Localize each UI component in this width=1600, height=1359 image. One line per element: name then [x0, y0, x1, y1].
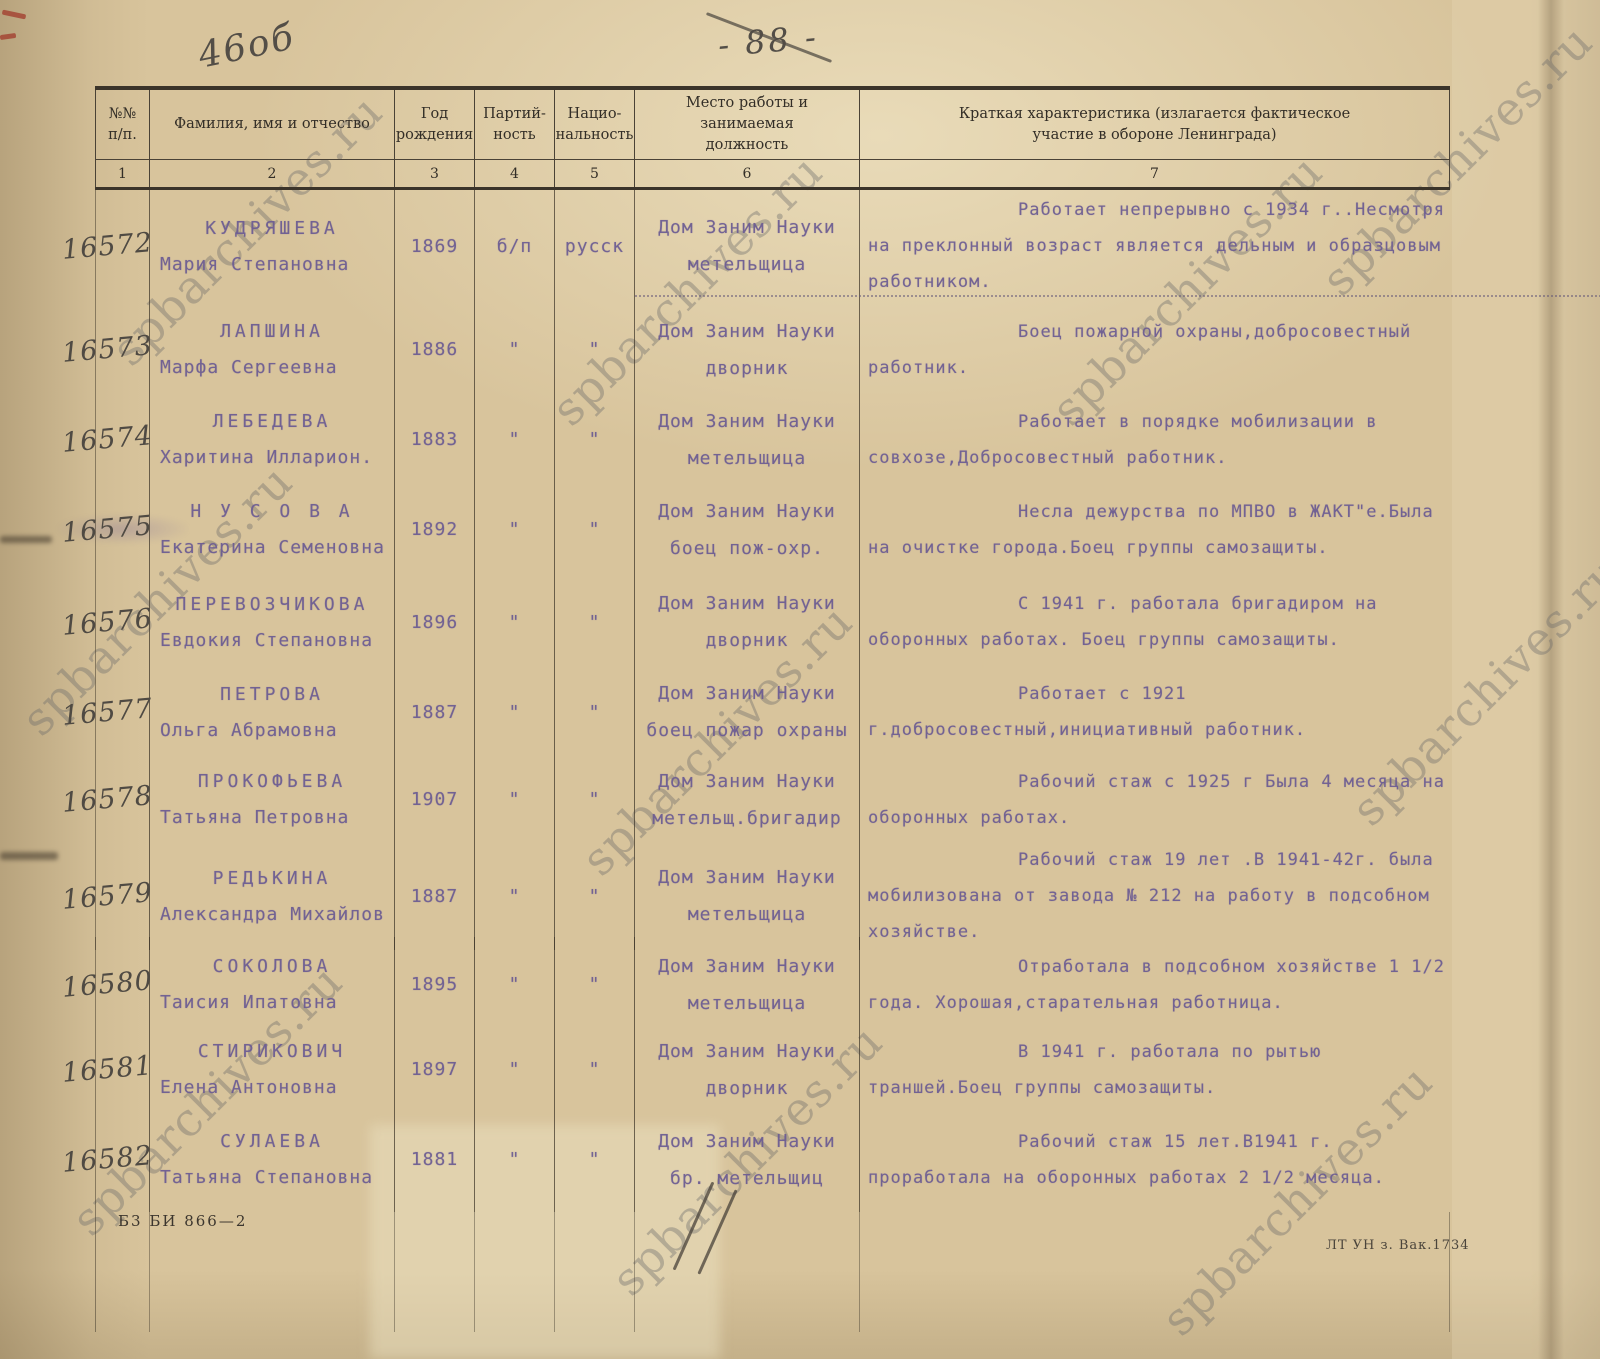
workplace: Дом Заним Науки [635, 867, 859, 888]
birth-year: 1892 [395, 482, 475, 577]
table-rule-continuation [95, 1212, 1450, 1332]
record-number: 16578 [61, 780, 154, 819]
characteristic: С 1941 г. работала бригадиром на оборонн… [860, 586, 1450, 658]
column-number-row: 1 2 3 4 5 6 7 [95, 160, 1450, 190]
party-membership: " [475, 1107, 555, 1212]
workplace: Дом Заним Науки [635, 771, 859, 792]
given-name: Евдокия Степановна [154, 630, 390, 651]
workplace: Дом Заним Науки [635, 1131, 859, 1152]
table-row: 16582 СУЛАЕВАТатьяна Степановна 1881 " "… [95, 1107, 1450, 1212]
position: дворник [635, 358, 859, 379]
nationality: " [555, 397, 635, 482]
table-row: 16572 КУДРЯШЕВАМария Степановна 1869 б/п… [95, 190, 1450, 302]
party-membership: " [475, 482, 555, 577]
characteristic: Несла дежурства по МПВО в ЖАКТ"е.Была на… [860, 494, 1450, 566]
header-col-characteristic: Краткая характеристика (излагается факти… [860, 90, 1450, 159]
record-number: 16582 [61, 1140, 154, 1179]
fold-shadow [1538, 0, 1564, 1359]
birth-year: 1896 [395, 577, 475, 667]
party-membership: " [475, 397, 555, 482]
nationality: " [555, 577, 635, 667]
table-header-row: №№ п/п. Фамилия, имя и отчество Год рожд… [95, 86, 1450, 160]
position: дворник [635, 630, 859, 651]
record-number: 16579 [61, 877, 154, 916]
given-name: Марфа Сергеевна [154, 357, 390, 378]
header-col-workplace: Место работы и занимаемая должность [635, 90, 860, 159]
table-row: 16574 ЛЕБЕДЕВАХаритина Илларион. 1883 " … [95, 397, 1450, 482]
position: метельщ.бригадир [635, 808, 859, 829]
nationality: " [555, 937, 635, 1032]
given-name: Харитина Илларион. [154, 447, 390, 468]
birth-year: 1883 [395, 397, 475, 482]
characteristic: Отработала в подсобном хозяйстве 1 1/2 г… [860, 949, 1450, 1021]
birth-year: 1869 [395, 190, 475, 302]
header-col-party: Партий- ность [475, 90, 555, 159]
surname: КУДРЯШЕВА [154, 218, 390, 239]
birth-year: 1881 [395, 1107, 475, 1212]
characteristic: Работает с 1921 г.добросовестный,инициат… [860, 676, 1450, 748]
given-name: Александра Михайлов [154, 904, 390, 925]
surname: ПРОКОФЬЕВА [154, 771, 390, 792]
record-number: 16581 [61, 1050, 154, 1089]
column-number: 2 [150, 160, 395, 187]
workplace: Дом Заним Науки [635, 321, 859, 342]
position: дворник [635, 1078, 859, 1099]
characteristic: Рабочий стаж с 1925 г Была 4 месяца на о… [860, 764, 1450, 836]
characteristic: Работает в порядке мобилизации в совхозе… [860, 404, 1450, 476]
column-number: 6 [635, 160, 860, 187]
workplace: Дом Заним Науки [635, 217, 859, 238]
red-edge-mark [2, 10, 27, 20]
record-number: 16577 [61, 693, 154, 732]
party-membership: " [475, 577, 555, 667]
table-row: 16580 СОКОЛОВАТаисия Ипатовна 1895 " " Д… [95, 937, 1450, 1032]
nationality: " [555, 1107, 635, 1212]
table-row: 16575 Н У С О В АЕкатерина Семеновна 189… [95, 482, 1450, 577]
surname: ЛАПШИНА [154, 321, 390, 342]
party-membership: " [475, 937, 555, 1032]
header-col-birth-year: Год рождения [395, 90, 475, 159]
workplace: Дом Заним Науки [635, 683, 859, 704]
surname: ПЕТРОВА [154, 684, 390, 705]
table-row: 16573 ЛАПШИНАМарфа Сергеевна 1886 " " До… [95, 302, 1450, 397]
header-col-name: Фамилия, имя и отчество [150, 90, 395, 159]
birth-year: 1886 [395, 302, 475, 397]
column-number: 7 [860, 160, 1450, 187]
workplace: Дом Заним Науки [635, 411, 859, 432]
surname: СОКОЛОВА [154, 956, 390, 977]
record-number: 16573 [61, 330, 154, 369]
table-row: 16579 РЕДЬКИНААлександра Михайлов 1887 "… [95, 842, 1450, 937]
handwritten-folio-number: 46об [195, 16, 299, 76]
given-name: Елена Антоновна [154, 1077, 390, 1098]
birth-year: 1887 [395, 667, 475, 757]
record-number: 16572 [61, 227, 154, 266]
column-number: 1 [95, 160, 150, 187]
characteristic: Работает непрерывно с 1934 г..Несмотря н… [860, 192, 1450, 300]
nationality: " [555, 842, 635, 950]
record-number: 16574 [61, 420, 154, 459]
characteristic: Рабочий стаж 19 лет .В 1941-42г. была мо… [860, 842, 1450, 950]
position: метельщица [635, 993, 859, 1014]
workplace: Дом Заним Науки [635, 501, 859, 522]
birth-year: 1895 [395, 937, 475, 1032]
header-col-nationality: Нацио- нальность [555, 90, 635, 159]
surname: ПЕРЕВОЗЧИКОВА [154, 594, 390, 615]
nationality: " [555, 757, 635, 842]
given-name: Татьяна Петровна [154, 807, 390, 828]
position: боец пожар охраны [635, 720, 859, 741]
surname: Н У С О В А [154, 501, 390, 522]
record-number: 16580 [61, 965, 154, 1004]
edge-smudge [0, 852, 58, 860]
column-number: 4 [475, 160, 555, 187]
surname: СТИРИКОВИЧ [154, 1041, 390, 1062]
given-name: Ольга Абрамовна [154, 720, 390, 741]
nationality: " [555, 1032, 635, 1107]
position: бр. метельщиц [635, 1168, 859, 1189]
workplace: Дом Заним Науки [635, 593, 859, 614]
dotted-rule [635, 295, 1600, 297]
position: метельщица [635, 254, 859, 275]
table-row: 16577 ПЕТРОВАОльга Абрамовна 1887 " " До… [95, 667, 1450, 757]
nationality: " [555, 302, 635, 397]
workplace: Дом Заним Науки [635, 956, 859, 977]
party-membership: " [475, 1032, 555, 1107]
record-number: 16576 [61, 603, 154, 642]
characteristic: Рабочий стаж 15 лет.В1941 г. проработала… [860, 1124, 1450, 1196]
given-name: Екатерина Семеновна [154, 537, 390, 558]
nationality: " [555, 482, 635, 577]
party-membership: " [475, 842, 555, 950]
surname: РЕДЬКИНА [154, 868, 390, 889]
record-number: 16575 [61, 510, 154, 549]
table-row: 16578 ПРОКОФЬЕВАТатьяна Петровна 1907 " … [95, 757, 1450, 842]
given-name: Татьяна Степановна [154, 1167, 390, 1188]
position: метельщица [635, 448, 859, 469]
birth-year: 1887 [395, 842, 475, 950]
characteristic: Боец пожарной охраны,добросовестный рабо… [860, 314, 1450, 386]
red-edge-mark [0, 33, 16, 40]
given-name: Таисия Ипатовна [154, 992, 390, 1013]
party-membership: б/п [475, 190, 555, 302]
birth-year: 1907 [395, 757, 475, 842]
position: метельщица [635, 904, 859, 925]
nationality: русск [555, 190, 635, 302]
birth-year: 1897 [395, 1032, 475, 1107]
surname: СУЛАЕВА [154, 1131, 390, 1152]
table-row: 16576 ПЕРЕВОЗЧИКОВАЕвдокия Степановна 18… [95, 577, 1450, 667]
given-name: Мария Степановна [154, 254, 390, 275]
print-code-right: ЛТ УН з. Вак.1734 [1326, 1238, 1470, 1253]
characteristic: В 1941 г. работала по рытью траншей.Боец… [860, 1034, 1450, 1106]
nationality: " [555, 667, 635, 757]
column-number: 5 [555, 160, 635, 187]
workplace: Дом Заним Науки [635, 1041, 859, 1062]
edge-smudge [0, 536, 52, 543]
paper-margin [1452, 0, 1600, 1359]
record-table: №№ п/п. Фамилия, имя и отчество Год рожд… [95, 86, 1450, 1332]
print-code-left: Б3 БИ 866—2 [118, 1212, 247, 1230]
party-membership: " [475, 302, 555, 397]
position: боец пож-охр. [635, 538, 859, 559]
column-number: 3 [395, 160, 475, 187]
party-membership: " [475, 757, 555, 842]
party-membership: " [475, 667, 555, 757]
header-col-number: №№ п/п. [95, 90, 150, 159]
table-row: 16581 СТИРИКОВИЧЕлена Антоновна 1897 " "… [95, 1032, 1450, 1107]
archival-document-page: spbarchives.ru spbarchives.ru spbarchive… [0, 0, 1600, 1359]
surname: ЛЕБЕДЕВА [154, 411, 390, 432]
